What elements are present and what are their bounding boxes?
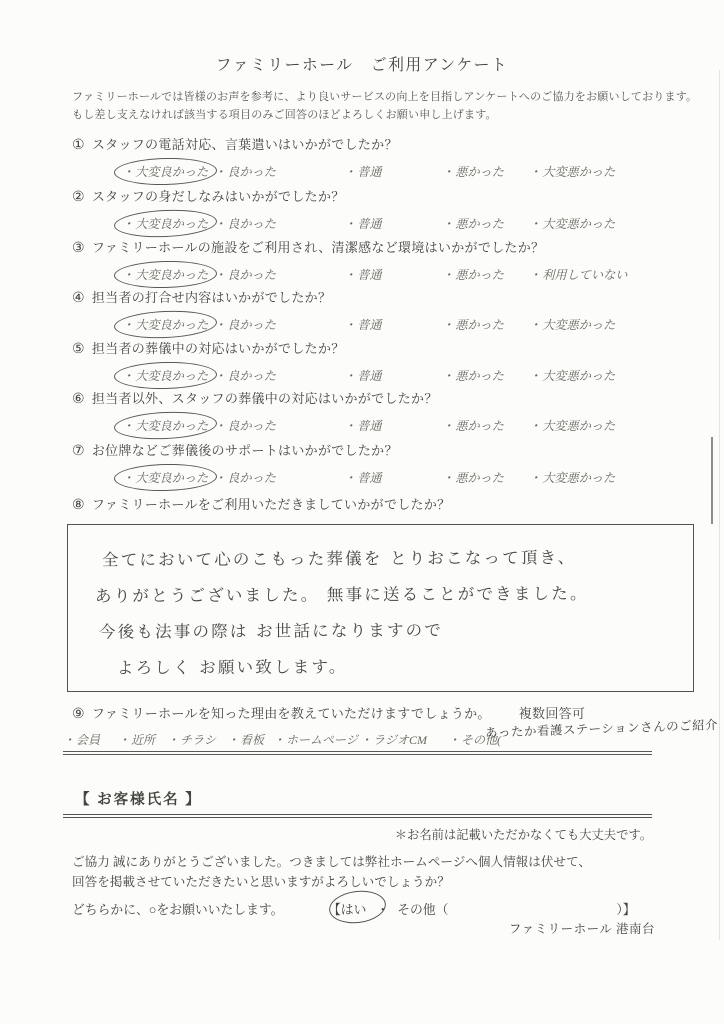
options-row: 大変良かった良かった普通悪かった利用していない (122, 266, 628, 283)
name-optional-note: ＊お名前は記載いただかなくても大丈夫です。 (63, 825, 652, 843)
question-text: 担当者の葬儀中の対応はいかがでしたか？ (92, 341, 345, 356)
question-title: ①スタッフの電話対応、言葉遣いはいかがでしたか？ (72, 134, 615, 154)
option-neighborhood[interactable]: 近所 (118, 733, 155, 747)
option-signboard[interactable]: 看板 (227, 733, 264, 747)
question-text: 担当者以外、スタッフの葬儀中の対応はいかがでしたか？ (92, 391, 438, 406)
option-bad[interactable]: 悪かった (442, 217, 504, 231)
question-number-icon: ② (72, 190, 85, 205)
form-title: ファミリーホール ご利用アンケート (0, 52, 724, 75)
question-number-icon: ③ (72, 241, 85, 256)
closing-line-1: ご協力 誠にありがとうございました。つきましては弊社ホームページへ個人情報は伏せ… (72, 852, 591, 872)
option-bad[interactable]: 悪かった (442, 268, 504, 282)
option-bad[interactable]: 悪かった (442, 419, 504, 433)
option-normal[interactable]: 普通 (344, 419, 382, 433)
bracket-close: ）】 (616, 903, 635, 917)
option-normal[interactable]: 普通 (344, 268, 382, 282)
question-text: ファミリーホールをご利用いただきましていかがでしたか？ (92, 497, 451, 512)
option-very-good[interactable]: 大変良かった (122, 318, 208, 332)
option-bad[interactable]: 悪かった (442, 165, 504, 179)
question-text: ファミリーホールの施設をご利用され、清潔感など環境はいかがでしたか？ (92, 240, 544, 255)
options-row: 大変良かった良かった普通悪かった大変悪かった (122, 367, 615, 384)
separator-dot: ・ (376, 903, 389, 917)
question-block-4: ④担当者の打合せ内容はいかがでしたか？ 大変良かった良かった普通悪かった大変悪か… (72, 287, 615, 333)
multiple-answers-note: 複数回答可 (519, 706, 586, 721)
question-title: ⑤担当者の葬儀中の対応はいかがでしたか？ (72, 338, 615, 358)
question-title: ⑥担当者以外、スタッフの葬儀中の対応はいかがでしたか？ (72, 388, 615, 408)
customer-name-label: 【 お客様氏名 】 (75, 792, 202, 808)
question-number-icon: ① (72, 138, 85, 153)
option-bad[interactable]: 悪かった (442, 318, 504, 332)
option-normal[interactable]: 普通 (344, 471, 382, 485)
option-good[interactable]: 良かった (214, 471, 276, 485)
comment-box[interactable]: 全てにおいて心のこもった葬儀を とりおこなって頂き、 ありがとうございました。 … (67, 524, 694, 692)
question-title: ④担当者の打合せ内容はいかがでしたか？ (72, 287, 615, 307)
question-block-8: ⑧ファミリーホールをご利用いただきましていかがでしたか？ (72, 494, 450, 514)
option-flyer[interactable]: チラシ (167, 733, 216, 747)
option-very-good[interactable]: 大変良かった (122, 369, 208, 383)
option-normal[interactable]: 普通 (344, 318, 382, 332)
option-very-bad[interactable]: 大変悪かった (529, 471, 615, 485)
question-block-9: ⑨ファミリーホールを知った理由を教えていただけますでしょうか。複数回答可 会員近… (63, 703, 655, 755)
option-radio-cm[interactable]: ラジオCM (360, 733, 427, 747)
option-very-good[interactable]: 大変良かった (122, 419, 208, 433)
question-text: 担当者の打合せ内容はいかがでしたか？ (92, 290, 331, 305)
customer-name-section: 【 お客様氏名 】 ＊お名前は記載いただかなくても大丈夫です。 (63, 788, 652, 843)
closing-thanks-text: ご協力 誠にありがとうございました。つきましては弊社ホームページへ個人情報は伏せ… (72, 852, 591, 893)
option-member[interactable]: 会員 (63, 733, 100, 747)
question-number-icon: ⑤ (72, 342, 85, 357)
option-good[interactable]: 良かった (214, 268, 276, 282)
consent-instruction: どちらかに、○をお願いいたします。 (72, 903, 283, 917)
question-number-icon: ⑦ (72, 444, 85, 459)
question-text: ファミリーホールを知った理由を教えていただけますでしょうか。 (92, 706, 491, 721)
question-block-7: ⑦お位牌などご葬儀後のサポートはいかがでしたか？ 大変良かった良かった普通悪かっ… (72, 440, 615, 486)
option-bad[interactable]: 悪かった (442, 471, 504, 485)
options-row: 大変良かった良かった普通悪かった大変悪かった (122, 417, 615, 434)
option-normal[interactable]: 普通 (344, 165, 382, 179)
options-row: 大変良かった良かった普通悪かった大変悪かった (122, 163, 615, 180)
bracket-open: 【 (328, 903, 341, 917)
consent-other-option[interactable]: その他（ (397, 903, 448, 917)
option-very-bad[interactable]: 大変悪かった (529, 369, 615, 383)
scan-artifact-line (711, 437, 713, 524)
question-block-3: ③ファミリーホールの施設をご利用され、清潔感など環境はいかがでしたか？ 大変良か… (72, 237, 628, 283)
option-normal[interactable]: 普通 (344, 369, 382, 383)
option-not-used[interactable]: 利用していない (529, 268, 628, 282)
customer-name-field[interactable]: 【 お客様氏名 】 (63, 788, 652, 818)
option-very-good[interactable]: 大変良かった (122, 471, 208, 485)
option-good[interactable]: 良かった (214, 419, 276, 433)
option-normal[interactable]: 普通 (344, 217, 382, 231)
option-good[interactable]: 良かった (214, 165, 276, 179)
option-very-good[interactable]: 大変良かった (122, 217, 208, 231)
closing-line-2: 回答を掲載させていただきたいと思いますがよろしいでしょうか？ (72, 872, 591, 892)
question-text: スタッフの電話対応、言葉遣いはいかがでしたか？ (92, 137, 398, 152)
question-block-2: ②スタッフの身だしなみはいかがでしたか？ 大変良かった良かった普通悪かった大変悪… (72, 186, 615, 232)
question-number-icon: ⑧ (72, 498, 85, 513)
question-block-6: ⑥担当者以外、スタッフの葬儀中の対応はいかがでしたか？ 大変良かった良かった普通… (72, 388, 615, 434)
option-good[interactable]: 良かった (214, 217, 276, 231)
question-block-5: ⑤担当者の葬儀中の対応はいかがでしたか？ 大変良かった良かった普通悪かった大変悪… (72, 338, 615, 384)
options-row: 大変良かった良かった普通悪かった大変悪かった (122, 215, 615, 232)
option-very-bad[interactable]: 大変悪かった (529, 318, 615, 332)
intro-line-2: もし差し支えなければ該当する項目のみご回答のほどよろしくお願い申し上げます。 (72, 107, 697, 125)
option-very-bad[interactable]: 大変悪かった (529, 165, 615, 179)
options-row: 大変良かった良かった普通悪かった大変悪かった (122, 469, 615, 486)
handwritten-comment-line: ありがとうございました。 無事に送ることができました。 (95, 575, 693, 614)
question-title: ⑧ファミリーホールをご利用いただきましていかがでしたか？ (72, 494, 450, 514)
company-signature: ファミリーホール 港南台 (63, 919, 655, 937)
handwritten-comment-line: 全てにおいて心のこもった葬儀を とりおこなって頂き、 (102, 539, 693, 578)
question-text: スタッフの身だしなみはいかがでしたか？ (92, 189, 345, 204)
option-good[interactable]: 良かった (214, 369, 276, 383)
intro-line-1: ファミリーホールでは皆様のお声を参考に、より良いサービスの向上を目指しアンケート… (72, 89, 697, 107)
question-number-icon: ⑥ (72, 392, 85, 407)
option-homepage[interactable]: ホームページ (273, 733, 358, 747)
handwritten-comment-line: 今後も法事の際は お世話になりますので (99, 611, 693, 650)
scan-edge-line (719, 70, 720, 940)
options-row: 大変良かった良かった普通悪かった大変悪かった (122, 316, 615, 333)
survey-sheet: ファミリーホール ご利用アンケート ファミリーホールでは皆様のお声を参考に、より… (0, 0, 724, 1024)
question-title: ⑦お位牌などご葬儀後のサポートはいかがでしたか？ (72, 440, 615, 460)
option-good[interactable]: 良かった (214, 318, 276, 332)
question-number-icon: ④ (72, 291, 85, 306)
option-very-good[interactable]: 大変良かった (122, 165, 208, 179)
handwritten-comment-line: よろしく お願い致します。 (117, 647, 693, 686)
intro-text: ファミリーホールでは皆様のお声を参考に、より良いサービスの向上を目指しアンケート… (72, 89, 697, 125)
question-title: ②スタッフの身だしなみはいかがでしたか？ (72, 186, 615, 206)
option-very-bad[interactable]: 大変悪かった (529, 217, 615, 231)
option-very-good[interactable]: 大変良かった (122, 268, 208, 282)
question-text: お位牌などご葬儀後のサポートはいかがでしたか？ (92, 443, 398, 458)
option-very-bad[interactable]: 大変悪かった (529, 419, 615, 433)
question-block-1: ①スタッフの電話対応、言葉遣いはいかがでしたか？ 大変良かった良かった普通悪かっ… (72, 134, 615, 180)
option-bad[interactable]: 悪かった (442, 369, 504, 383)
consent-yes-option[interactable]: はい (341, 903, 367, 917)
consent-row: どちらかに、○をお願いいたします。 【はい・その他（）】 (72, 899, 662, 918)
question-number-icon: ⑨ (72, 707, 85, 722)
consent-choices: 【はい・その他（）】 (328, 899, 636, 918)
question-title: ③ファミリーホールの施設をご利用され、清潔感など環境はいかがでしたか？ (72, 237, 628, 257)
